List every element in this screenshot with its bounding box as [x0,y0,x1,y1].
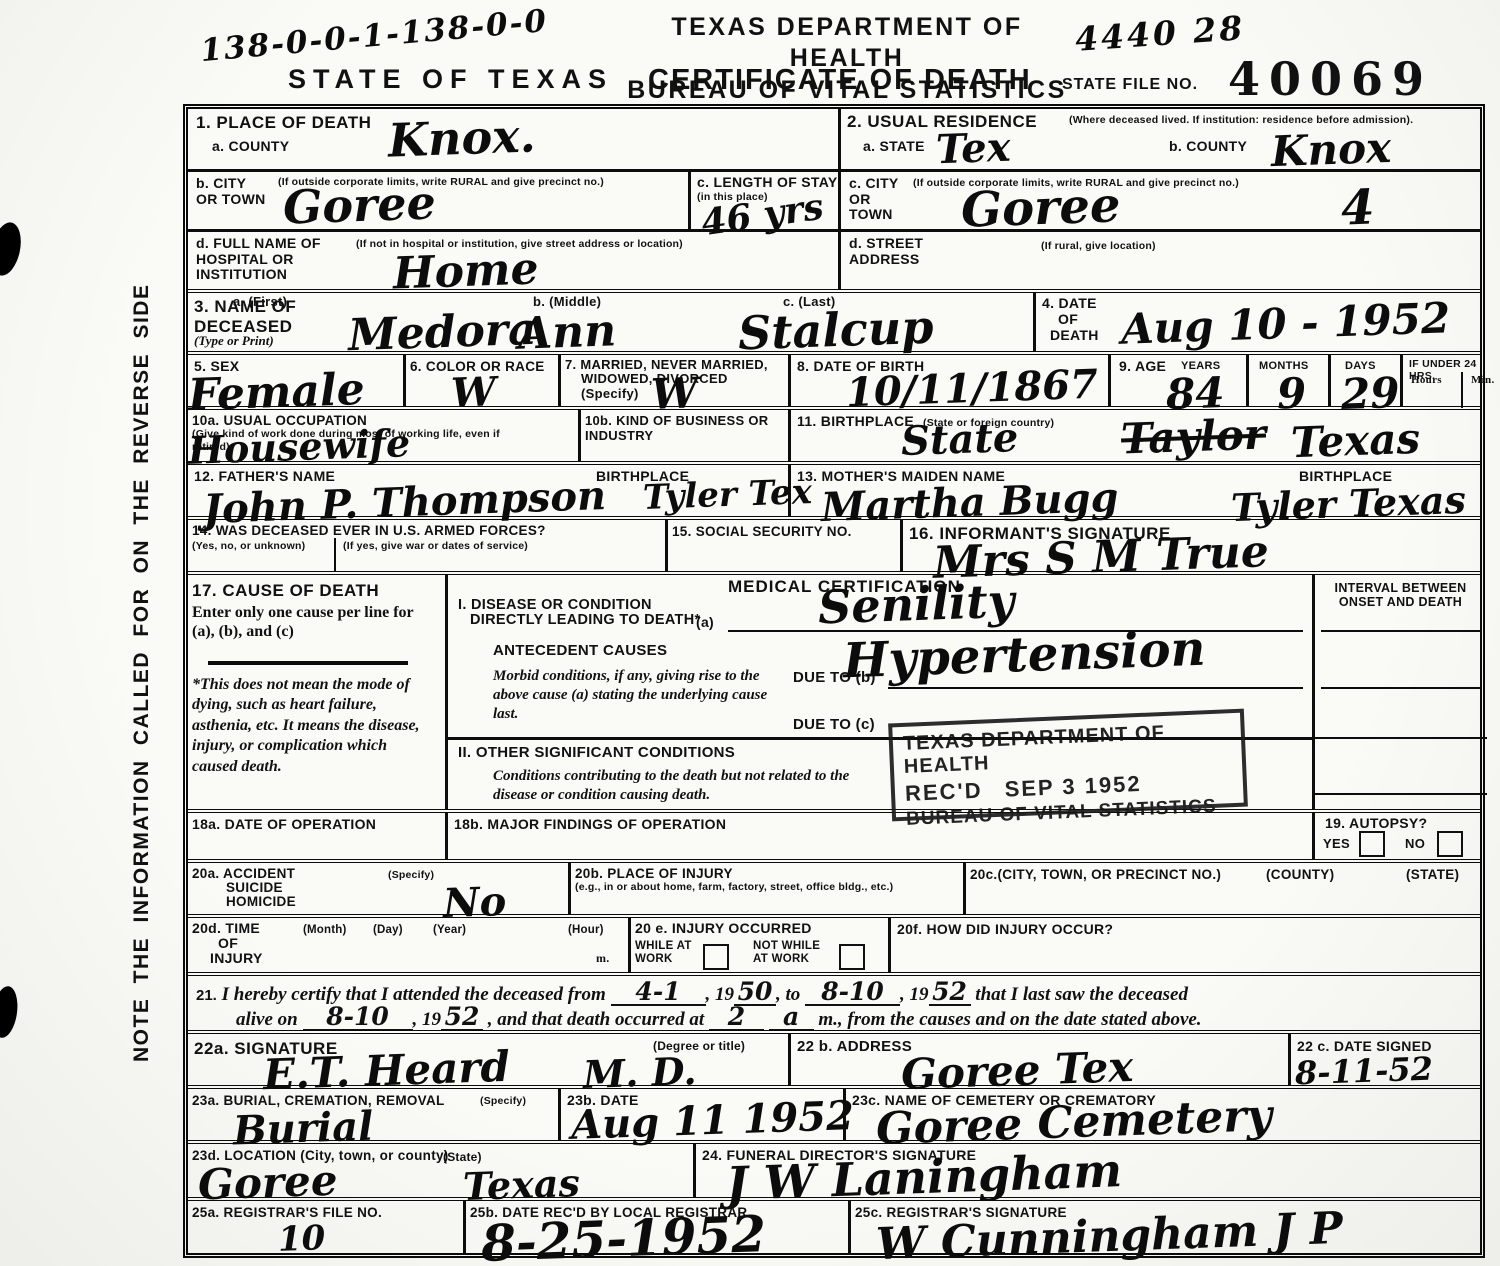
row-registrar: 25a. REGISTRAR'S FILE NO. 10 25b. DATE R… [188,1197,1480,1253]
registrar-date-value: 8-25-1952 [480,1204,767,1266]
business-label: 10b. KIND OF BUSINESS OR INDUSTRY [585,414,785,443]
birthplace-value-struck: Taylor [1120,409,1267,463]
time-injury-day: (Day) [373,924,403,938]
row-place-and-residence: 1. PLACE OF DEATH a. COUNTY Knox. b. CIT… [188,109,1480,289]
not-while-line1: NOT WHILE [753,940,820,953]
time-injury-year: (Year) [433,924,466,938]
age-hours-label: Hours [1411,374,1442,386]
header-certificate-title: CERTIFICATE OF DEATH [648,64,1032,97]
age-min-label: Min. [1471,374,1495,386]
interval-label: INTERVAL BETWEEN ONSET AND DEATH [1323,581,1478,609]
while-at-work-label: WHILE AT WORK [635,940,692,966]
name-first-label: a. (First) [233,295,287,310]
row-physician: 22a. SIGNATURE E.T. Heard (Degree or tit… [188,1030,1480,1085]
accident-note: (Specify) [388,869,434,882]
father-birthplace-value: Tyler Tex [642,472,812,518]
burial-date-value: Aug 11 1952 [570,1092,854,1149]
section-name-of-deceased: 3. NAME OF DECEASED (Type or Print) a. (… [188,293,1033,351]
interval-rule-b [1321,687,1481,689]
row-injury-bottom: 20d. TIME OF INJURY (Month) (Day) (Year)… [188,914,1480,972]
interval-label-line1: INTERVAL BETWEEN [1323,581,1478,595]
dod-label1: 4. DATE [1042,296,1097,312]
certify-hour-value: 2 [709,1006,764,1031]
while-at-work-checkbox[interactable] [703,944,729,970]
cause-divider-rule [208,661,408,665]
time-injury-month: (Month) [303,924,347,938]
section-birthplace: 11. BIRTHPLACE (State or foreign country… [788,410,1480,461]
certify-p4: alive on [236,1009,298,1030]
cause-footnote: *This does not mean the mode of dying, s… [192,675,430,777]
certify-to-value: 8-10 [805,981,900,1006]
not-while-at-work-checkbox[interactable] [839,944,865,970]
section-marital: 7. MARRIED, NEVER MARRIED, WIDOWED, DIVO… [558,355,788,406]
time-injury-hour: (Hour) [568,924,604,938]
section-place-of-death: 1. PLACE OF DEATH a. COUNTY Knox. b. CIT… [188,109,838,289]
row-name-dod: 3. NAME OF DECEASED (Type or Print) a. (… [188,289,1480,351]
not-while-line2: AT WORK [753,953,820,966]
section-accident: 20a. ACCIDENT SUICIDE HOMICIDE (Specify)… [188,863,568,914]
scan-blob-bottom [0,985,21,1040]
name-subtitle: (Type or Print) [194,333,274,349]
residence-county-label: b. COUNTY [1169,139,1247,155]
certify-t19c: , 19 [413,1009,442,1030]
death-certificate-scan: NOTE THE INFORMATION CALLED FOR ON THE R… [0,0,1500,1266]
injury-city-label: 20c.(CITY, TOWN, OR PRECINCT NO.) [970,867,1221,882]
sex-value: Female [187,364,365,421]
disease-label1: I. DISEASE OR CONDITION [458,597,652,613]
certify-from-value: 4-1 [611,981,706,1006]
while-at-work-line2: WORK [635,953,692,966]
row-cause-of-death: 17. CAUSE OF DEATH Enter only one cause … [188,571,1480,809]
armed-forces-note1: (Yes, no, or unknown) [192,540,305,553]
place-county-label: a. COUNTY [212,139,289,155]
section-injury-occurred: 20 e. INJURY OCCURRED WHILE AT WORK NOT … [628,918,888,972]
section-date-of-birth: 8. DATE OF BIRTH 10/11/1867 [788,355,1108,406]
operation-date-label: 18a. DATE OF OPERATION [192,817,376,833]
row-parents: 12. FATHER'S NAME BIRTHPLACE John P. Tho… [188,461,1480,516]
section-cemetery: 23c. NAME OF CEMETERY OR CREMATORY Goree… [843,1089,1480,1140]
certify-p5: , and that death occurred at [488,1009,704,1030]
burial-note: (Specify) [480,1095,526,1108]
residence-city-subrow: c. CITY OR TOWN (If outside corporate li… [841,169,1480,229]
line-b-rule [888,687,1303,689]
section-operation-date: 18a. DATE OF OPERATION [188,813,445,859]
side-note-vertical: NOTE THE INFORMATION CALLED FOR ON THE R… [130,262,154,1062]
section-how-injury: 20f. HOW DID INJURY OCCUR? [888,918,1480,972]
section-armed-forces: 14. WAS DECEASED EVER IN U.S. ARMED FORC… [188,520,665,571]
due-to-c-label: DUE TO (c) [793,717,875,734]
certify-y2-value: 52 [929,981,971,1006]
certify-number: 21. [196,987,217,1004]
row-operation-autopsy: 18a. DATE OF OPERATION 18b. MAJOR FINDIN… [188,809,1480,859]
usual-residence-note: (Where deceased lived. If institution: r… [1069,114,1469,127]
operation-findings-label: 18b. MAJOR FINDINGS OF OPERATION [454,817,726,833]
other-conditions-note: Conditions contributing to the death but… [493,767,853,805]
registrar-file-label: 25a. REGISTRAR'S FILE NO. [192,1205,382,1220]
stamp-date: SEP 3 1952 [1004,771,1142,802]
state-file-number: 40069 [1228,52,1433,106]
autopsy-no-checkbox[interactable] [1437,831,1463,857]
ssn-label: 15. SOCIAL SECURITY NO. [672,524,892,539]
cause-a-value: Senility [817,574,1015,635]
row-occupation-birthplace: 10a. USUAL OCCUPATION (Give kind of work… [188,406,1480,461]
registrar-file-value: 10 [277,1218,326,1260]
section-informant: 16. INFORMANT'S SIGNATURE Mrs S M True [900,520,1480,571]
injury-occurred-label: 20 e. INJURY OCCURRED [635,921,812,937]
antecedent-label: ANTECEDENT CAUSES [493,643,667,660]
section-registrar-file: 25a. REGISTRAR'S FILE NO. 10 [188,1201,463,1253]
residence-street-subrow: d. STREET ADDRESS (If rural, give locati… [841,229,1480,289]
section-certify: 21. I hereby certify that I attended the… [188,976,1480,1030]
section-burial-date: 23b. DATE Aug 11 1952 [558,1089,843,1140]
autopsy-yes-label: YES [1323,837,1350,852]
interval-label-line2: ONSET AND DEATH [1323,595,1478,609]
place-city-value: Goree [282,175,437,234]
row-sex-race-age: 5. SEX Female 6. COLOR OR RACE W 7. MARR… [188,351,1480,406]
autopsy-label: 19. AUTOPSY? [1325,816,1427,832]
armed-forces-inner-divider [334,538,336,572]
row-burial: 23a. BURIAL, CREMATION, REMOVAL (Specify… [188,1085,1480,1140]
residence-state-value: Tex [935,124,1011,174]
section-father: 12. FATHER'S NAME BIRTHPLACE John P. Tho… [188,465,788,516]
place-city-cell: b. CITY OR TOWN (If outside corporate li… [188,172,688,229]
residence-street-label: d. STREET ADDRESS [849,236,939,267]
section-physician-signature: 22a. SIGNATURE E.T. Heard (Degree or tit… [188,1034,788,1085]
place-county-subrow: 1. PLACE OF DEATH a. COUNTY Knox. [188,109,838,169]
cause-label: 17. CAUSE OF DEATH [192,581,379,601]
armed-forces-label: 14. WAS DECEASED EVER IN U.S. ARMED FORC… [192,523,546,538]
section-registrar-signature: 25c. REGISTRAR'S SIGNATURE W Cunningham … [848,1201,1480,1253]
received-stamp: TEXAS DEPARTMENT OF HEALTH REC'D SEP 3 1… [888,709,1248,822]
place-hospital-subrow: d. FULL NAME OF HOSPITAL OR INSTITUTION … [188,229,838,289]
row-forces-ssn-informant: 14. WAS DECEASED EVER IN U.S. ARMED FORC… [188,516,1480,571]
residence-state-label: a. STATE [863,139,925,155]
residence-street-note: (If rural, give location) [1041,240,1156,253]
cause-b-value: Hypertension [842,621,1206,690]
scan-blob-top [0,220,25,279]
section-sex: 5. SEX Female [188,355,403,406]
place-injury-label: 20b. PLACE OF INJURY [575,866,733,881]
autopsy-yes-checkbox[interactable] [1359,831,1385,857]
injury-county-label: (COUNTY) [1266,867,1334,882]
section-age: 9. AGE YEARS 84 MONTHS 9 DAYS 29 IF UNDE… [1108,355,1480,406]
section-color-race: 6. COLOR OR RACE W [403,355,558,406]
accident-label3: HOMICIDE [226,894,296,909]
time-injury-m: m. [596,952,610,965]
not-while-at-work-label: NOT WHILE AT WORK [753,940,820,966]
section-burial-location: 23d. LOCATION (City, town, or county) (S… [188,1144,693,1197]
accident-label2: SUICIDE [226,880,283,895]
place-hospital-label: d. FULL NAME OF HOSPITAL OR INSTITUTION [196,236,346,283]
residence-state-county-subrow: 2. USUAL RESIDENCE (Where deceased lived… [841,109,1480,169]
antecedent-note: Morbid conditions, if any, giving rise t… [493,667,778,723]
birthplace-label: 11. BIRTHPLACE [797,414,914,430]
accident-label1: 20a. ACCIDENT [192,866,295,881]
section-autopsy: 19. AUTOPSY? YES NO [1312,813,1480,859]
section-funeral-director: 24. FUNERAL DIRECTOR'S SIGNATURE J W Lan… [693,1144,1480,1197]
certificate-form: 1. PLACE OF DEATH a. COUNTY Knox. b. CIT… [183,104,1485,1258]
row-certify-statement: 21. I hereby certify that I attended the… [188,972,1480,1030]
physician-addr-label: 22 b. ADDRESS [797,1039,912,1056]
section-date-of-death: 4. DATE OF DEATH Aug 10 - 1952 [1033,293,1480,351]
interval-rule-d [1315,793,1487,795]
row-injury-top: 20a. ACCIDENT SUICIDE HOMICIDE (Specify)… [188,859,1480,914]
cause-instruction: Enter only one cause per line for (a), (… [192,603,422,641]
section-injury-city: 20c.(CITY, TOWN, OR PRECINCT NO.) (COUNT… [963,863,1480,914]
section-business: 10b. KIND OF BUSINESS OR INDUSTRY [578,410,788,461]
how-injury-label: 20f. HOW DID INJURY OCCUR? [897,922,1113,938]
residence-city-label: c. CITY OR TOWN [849,176,909,223]
place-county-value: Knox. [387,108,536,167]
section-burial-type: 23a. BURIAL, CREMATION, REMOVAL (Specify… [188,1089,558,1140]
section-date-signed: 22 c. DATE SIGNED 8-11-52 [1288,1034,1480,1085]
interval-rule-c [1315,737,1487,739]
certify-t19b: , 19 [900,984,929,1005]
injury-state-label: (STATE) [1406,867,1459,882]
birthplace-value-texas: Texas [1290,414,1421,467]
age-label: 9. AGE [1119,359,1166,375]
section-ssn: 15. SOCIAL SECURITY NO. [665,520,900,571]
burial-state-label: (State) [443,1150,482,1164]
certify-y3-value: 52 [441,1006,483,1031]
section-mother: 13. MOTHER'S MAIDEN NAME BIRTHPLACE Mart… [788,465,1480,516]
certify-ampm-value: a [769,1006,814,1031]
handwritten-code: 138-0-0-1-138-0-0 [199,3,549,69]
certify-alive-value: 8-10 [303,1006,413,1031]
handwritten-number: 4440 28 [1074,8,1247,59]
section-registrar-date: 25b. DATE REC'D BY LOCAL REGISTRAR 8-25-… [463,1201,848,1253]
occupation-value: Housewife [187,420,411,473]
section-cause-left: 17. CAUSE OF DEATH Enter only one cause … [188,575,445,809]
place-of-death-title: 1. PLACE OF DEATH [196,113,371,133]
birthplace-value-state: State [900,414,1019,465]
section-usual-residence: 2. USUAL RESIDENCE (Where deceased lived… [838,109,1480,289]
place-stay-cell: c. LENGTH OF STAY (in this place) 46 yrs [688,172,841,229]
interval-rule-a [1321,630,1481,632]
other-conditions-label: II. OTHER SIGNIFICANT CONDITIONS [458,745,735,762]
place-city-label: b. CITY OR TOWN [196,176,266,207]
dod-label3: DEATH [1050,328,1099,344]
age-hours-min-divider [1461,372,1463,408]
dod-label2: OF [1058,312,1078,328]
certify-p3: that I last saw the deceased [975,984,1188,1005]
time-injury-label3: INJURY [210,951,263,967]
place-city-subrow: b. CITY OR TOWN (If outside corporate li… [188,169,838,229]
header-state-of-texas: STATE OF TEXAS [288,64,613,95]
while-at-work-line1: WHILE AT [635,940,692,953]
certify-p6: m., from the causes and on the date stat… [818,1009,1201,1030]
row-location-director: 23d. LOCATION (City, town, or county) (S… [188,1140,1480,1197]
section-operation-findings: 18b. MAJOR FINDINGS OF OPERATION [445,813,1312,859]
section-physician-address: 22 b. ADDRESS Goree Tex [788,1034,1288,1085]
disease-a-label: (a) [696,615,714,631]
section-interval: INTERVAL BETWEEN ONSET AND DEATH [1312,575,1480,809]
autopsy-no-label: NO [1405,837,1425,852]
section-time-of-injury: 20d. TIME OF INJURY (Month) (Day) (Year)… [188,918,628,972]
section-place-of-injury: 20b. PLACE OF INJURY (e.g., in or about … [568,863,963,914]
armed-forces-note2: (If yes, give war or dates of service) [343,540,593,553]
disease-label2: DIRECTLY LEADING TO DEATH* [470,612,700,628]
stamp-recd: REC'D [905,778,984,806]
certify-p1: I hereby certify that I attended the dec… [222,984,606,1005]
residence-precinct-value: 4 [1340,179,1375,236]
state-file-label: STATE FILE NO. [1062,76,1198,94]
place-injury-note: (e.g., in or about home, farm, factory, … [575,881,945,894]
dod-value: Aug 10 - 1952 [1120,293,1451,353]
